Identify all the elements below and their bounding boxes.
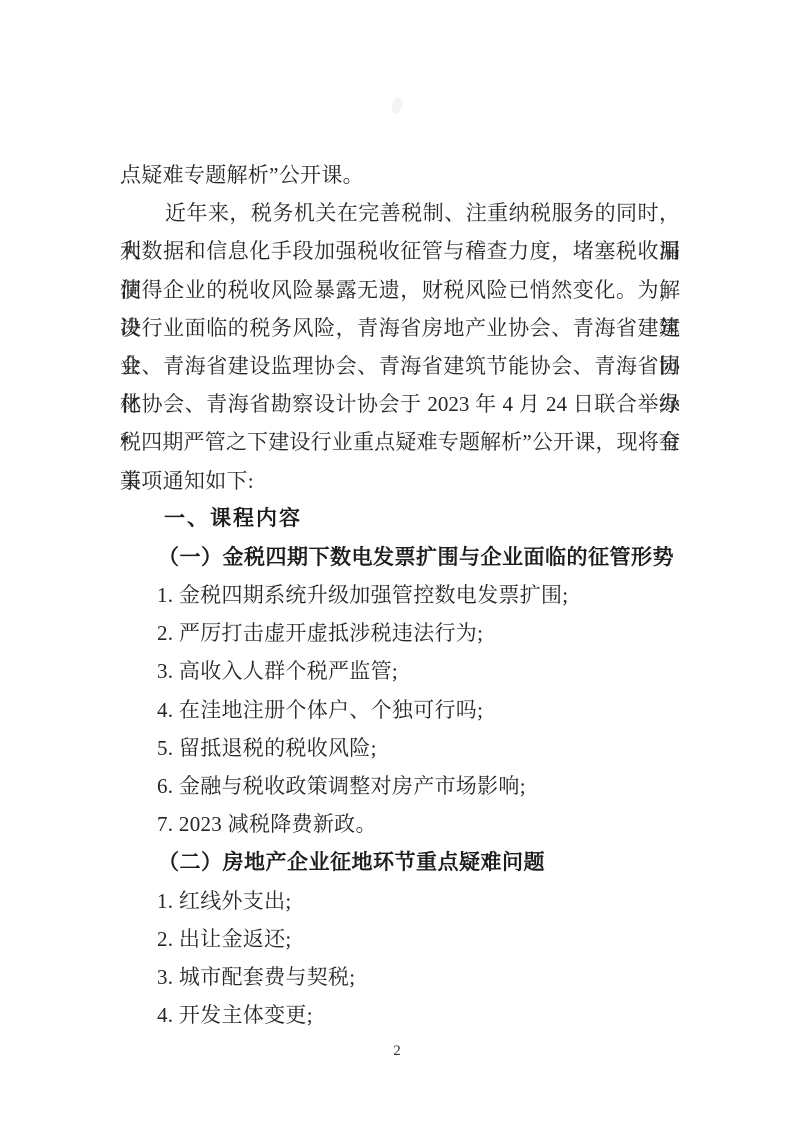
list-item: 4. 开发主体变更; [120,996,680,1034]
paragraph-line: 税四期严管之下建设行业重点疑难专题解析”公开课，现将有关 [120,423,680,461]
paragraph-line: 使得企业的税收风险暴露无遗，财税风险已悄然变化。为解决建 [120,271,680,309]
subsection-heading-1: （一）金税四期下数电发票扩围与企业面临的征管形势 [120,538,680,576]
paragraph-line: 化协会、青海省勘察设计协会于 2023 年 4 月 24 日联合举办“金 [120,385,680,423]
page-number: 2 [393,1043,401,1059]
scan-artifact [390,96,405,115]
list-item: 3. 城市配套费与契税; [120,958,680,996]
list-item: 6. 金融与税收政策调整对房产市场影响; [120,767,680,805]
paragraph-continuation-line: 点疑难专题解析”公开课。 [120,156,680,194]
list-item: 1. 金税四期系统升级加强管控数电发票扩围; [120,576,680,614]
section-heading-course-content: 一、课程内容 [120,500,680,538]
document-page: 点疑难专题解析”公开课。 近年来，税务机关在完善税制、注重纳税服务的同时，利用 … [0,0,794,1122]
paragraph-line: 设行业面临的税务风险，青海省房地产业协会、青海省建筑业协 [120,309,680,347]
list-item: 4. 在洼地注册个体户、个独可行吗; [120,691,680,729]
paragraph-line: 大数据和信息化手段加强税收征管与稽查力度，堵塞税收漏洞， [120,232,680,270]
list-item: 3. 高收入人群个税严监管; [120,652,680,690]
list-item: 1. 红线外支出; [120,882,680,920]
paragraph-end-line: 事项通知如下: [120,462,680,500]
paragraph-line: 会、青海省建设监理协会、青海省建筑节能协会、青海省园林绿 [120,347,680,385]
paragraph-line: 近年来，税务机关在完善税制、注重纳税服务的同时，利用 [120,194,680,232]
list-item: 7. 2023 减税降费新政。 [120,805,680,843]
page-footer: 2 [0,1041,794,1061]
list-item: 2. 严厉打击虚开虚抵涉税违法行为; [120,614,680,652]
list-item: 5. 留抵退税的税收风险; [120,729,680,767]
list-item: 2. 出让金返还; [120,920,680,958]
document-body: 点疑难专题解析”公开课。 近年来，税务机关在完善税制、注重纳税服务的同时，利用 … [120,156,680,1034]
subsection-heading-2: （二）房地产企业征地环节重点疑难问题 [120,843,680,881]
